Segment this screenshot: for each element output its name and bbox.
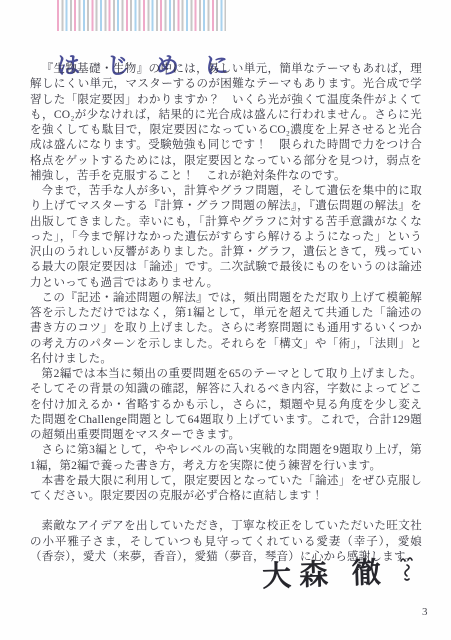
paragraph: さらに第3編として，ややレベルの高い実戦的な問題を9題取り上げ，第1編，第2編で… bbox=[30, 443, 422, 474]
paragraph: 本書を最大限に利用して，限定要因となっていた「論述」をぜひ克服してください。限定… bbox=[30, 474, 422, 505]
signature-doodle-icon bbox=[399, 556, 415, 582]
preface-body: 『生物基礎・生物』の中には，易しい単元，簡単なテーマもあれば，理解しにくい単元，… bbox=[30, 62, 422, 565]
paragraph: 『生物基礎・生物』の中には，易しい単元，簡単なテーマもあれば，理解しにくい単元，… bbox=[30, 62, 422, 184]
paragraph: 第2編では本当に頻出の重要問題を65のテーマとして取り上げました。そしてその背景… bbox=[30, 367, 422, 443]
paragraph: この『記述・論述問題の解法』では，頻出問題をただ取り上げて模範解答を示しただけで… bbox=[30, 291, 422, 367]
signature-text: 大森 徹 bbox=[261, 549, 389, 594]
preface-page: はじめに 『生物基礎・生物』の中には，易しい単元，簡単なテーマもあれば，理解しに… bbox=[0, 0, 451, 640]
decorative-stripes bbox=[57, 0, 226, 31]
page-number: 3 bbox=[422, 606, 428, 618]
paragraph: 今まで，苦手な人が多い，計算やグラフ問題，そして遺伝を集中的に取り上げてマスター… bbox=[30, 184, 422, 291]
author-signature: 大森 徹 bbox=[262, 548, 422, 596]
